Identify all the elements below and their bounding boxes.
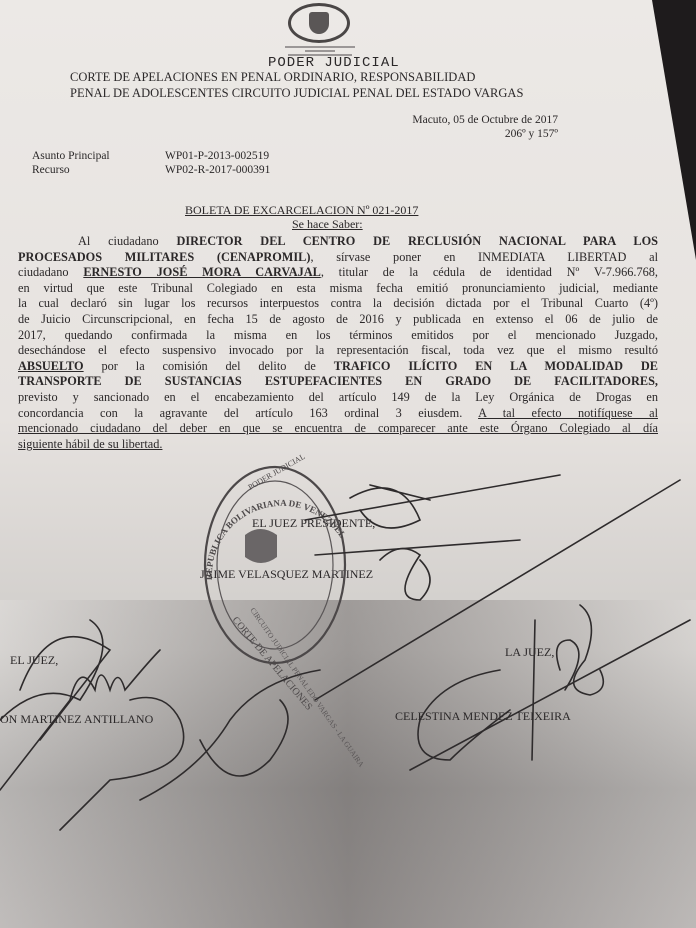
- body-text: de Juicio Circunscripcional, en fecha 15…: [18, 312, 658, 328]
- body-text: , sírvase poner en INMEDIATA LIBERTAD al: [310, 250, 658, 264]
- body-text: 2017, quedando confirmada la misma en lo…: [18, 328, 658, 344]
- court-name-line-1: CORTE DE APELACIONES EN PENAL ORDINARIO,…: [70, 70, 475, 85]
- body-text: ciudadano: [18, 265, 83, 279]
- body-text: la cual declaró sin lugar los recursos i…: [18, 296, 658, 312]
- body-text: por la comisión del delito de: [84, 359, 334, 373]
- case-ref-value: WP01-P-2013-002519: [165, 150, 269, 162]
- court-name-line-2: PENAL DE ADOLESCENTES CIRCUITO JUDICIAL …: [70, 86, 523, 101]
- released-person-name: ERNESTO JOSÉ MORA CARVAJAL: [83, 265, 321, 279]
- body-text: desechándose el efecto suspensivo invoca…: [18, 343, 658, 359]
- judge-left-title: EL JUEZ,: [10, 653, 58, 668]
- place-date: Macuto, 05 de Octubre de 2017: [412, 114, 558, 126]
- notice-text: A tal efecto notifíquese al: [478, 406, 658, 420]
- president-title: EL JUEZ PRESIDENTE,: [252, 516, 375, 531]
- document-body: Al ciudadano DIRECTOR DEL CENTRO DE RECL…: [18, 234, 658, 452]
- notice-text: mencionado ciudadano del deber en que se…: [18, 421, 658, 437]
- body-text: en virtud que este Tribunal Colegiado en…: [18, 281, 658, 297]
- body-text: Al ciudadano: [78, 234, 176, 248]
- charge: TRANSPORTE DE SUSTANCIAS ESTUPEFACIENTES…: [18, 374, 658, 388]
- addressee: DIRECTOR DEL CENTRO DE RECLUSIÓN NACIONA…: [176, 234, 658, 248]
- body-text: previsto y sancionado en el encabezamien…: [18, 390, 658, 406]
- document-page: [0, 0, 696, 928]
- body-text: concordancia con la agravante del artícu…: [18, 406, 478, 420]
- coat-of-arms-icon: [288, 3, 350, 43]
- case-ref-label: Recurso: [32, 164, 70, 176]
- charge: TRAFICO ILÍCITO EN LA MODALIDAD DE: [334, 359, 658, 373]
- judge-left-name: ON MARTINEZ ANTILLANO: [0, 712, 153, 727]
- institution-name: PODER JUDICIAL: [268, 55, 400, 71]
- document-title: BOLETA DE EXCARCELACION Nº 021-2017: [185, 203, 418, 218]
- case-ref-label: Asunto Principal: [32, 150, 110, 162]
- case-ref-value: WP02-R-2017-000391: [165, 164, 270, 176]
- judge-right-name: CELESTINA MENDEZ TEIXEIRA: [395, 709, 571, 724]
- president-name: JAIME VELASQUEZ MARTINEZ: [200, 567, 373, 582]
- addressee-institution: PROCESADOS MILITARES (CENAPROMIL): [18, 250, 310, 264]
- body-text: , titular de la cédula de identidad Nº V…: [321, 265, 658, 279]
- judge-right-title: LA JUEZ,: [505, 645, 554, 660]
- years-note: 206º y 157º: [505, 128, 558, 140]
- verdict: ABSUELTO: [18, 359, 84, 373]
- document-subtitle: Se hace Saber:: [292, 217, 363, 232]
- notice-text: siguiente hábil de su libertad.: [18, 437, 658, 453]
